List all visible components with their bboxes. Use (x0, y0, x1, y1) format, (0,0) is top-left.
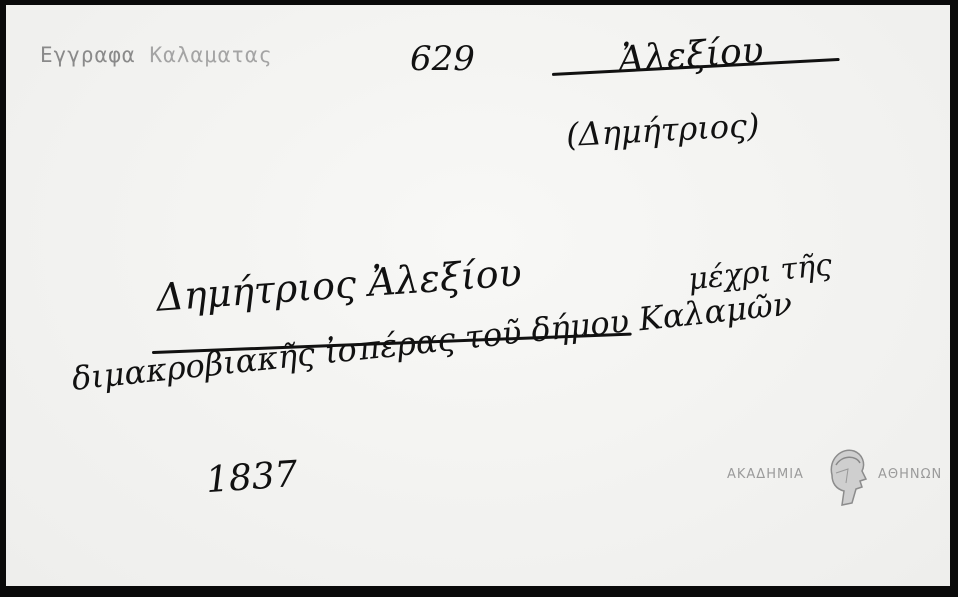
watermark-right-text: ΑΘΗΝΩΝ (878, 467, 942, 482)
typed-word-kalamata: Καλαματας (150, 43, 273, 67)
heading-forename: (Δημήτριος) (565, 106, 760, 154)
body-year: 1837 (205, 454, 299, 501)
heading-surname: Ἀλεξίου (617, 30, 765, 81)
body-name: Δημήτριος Ἀλεξίου (155, 250, 523, 319)
athena-head-icon (822, 445, 870, 509)
watermark-left-text: ΑΚΑΔΗΜΙΑ (727, 467, 804, 482)
typed-header: ΕγγραφαΚαλαματας (40, 43, 272, 67)
card-number: 629 (410, 39, 475, 79)
academy-watermark: ΑΚΑΔΗΜΙΑ ΑΘΗΝΩΝ (727, 450, 957, 510)
typed-word-documents: Εγγραφα (40, 43, 136, 67)
